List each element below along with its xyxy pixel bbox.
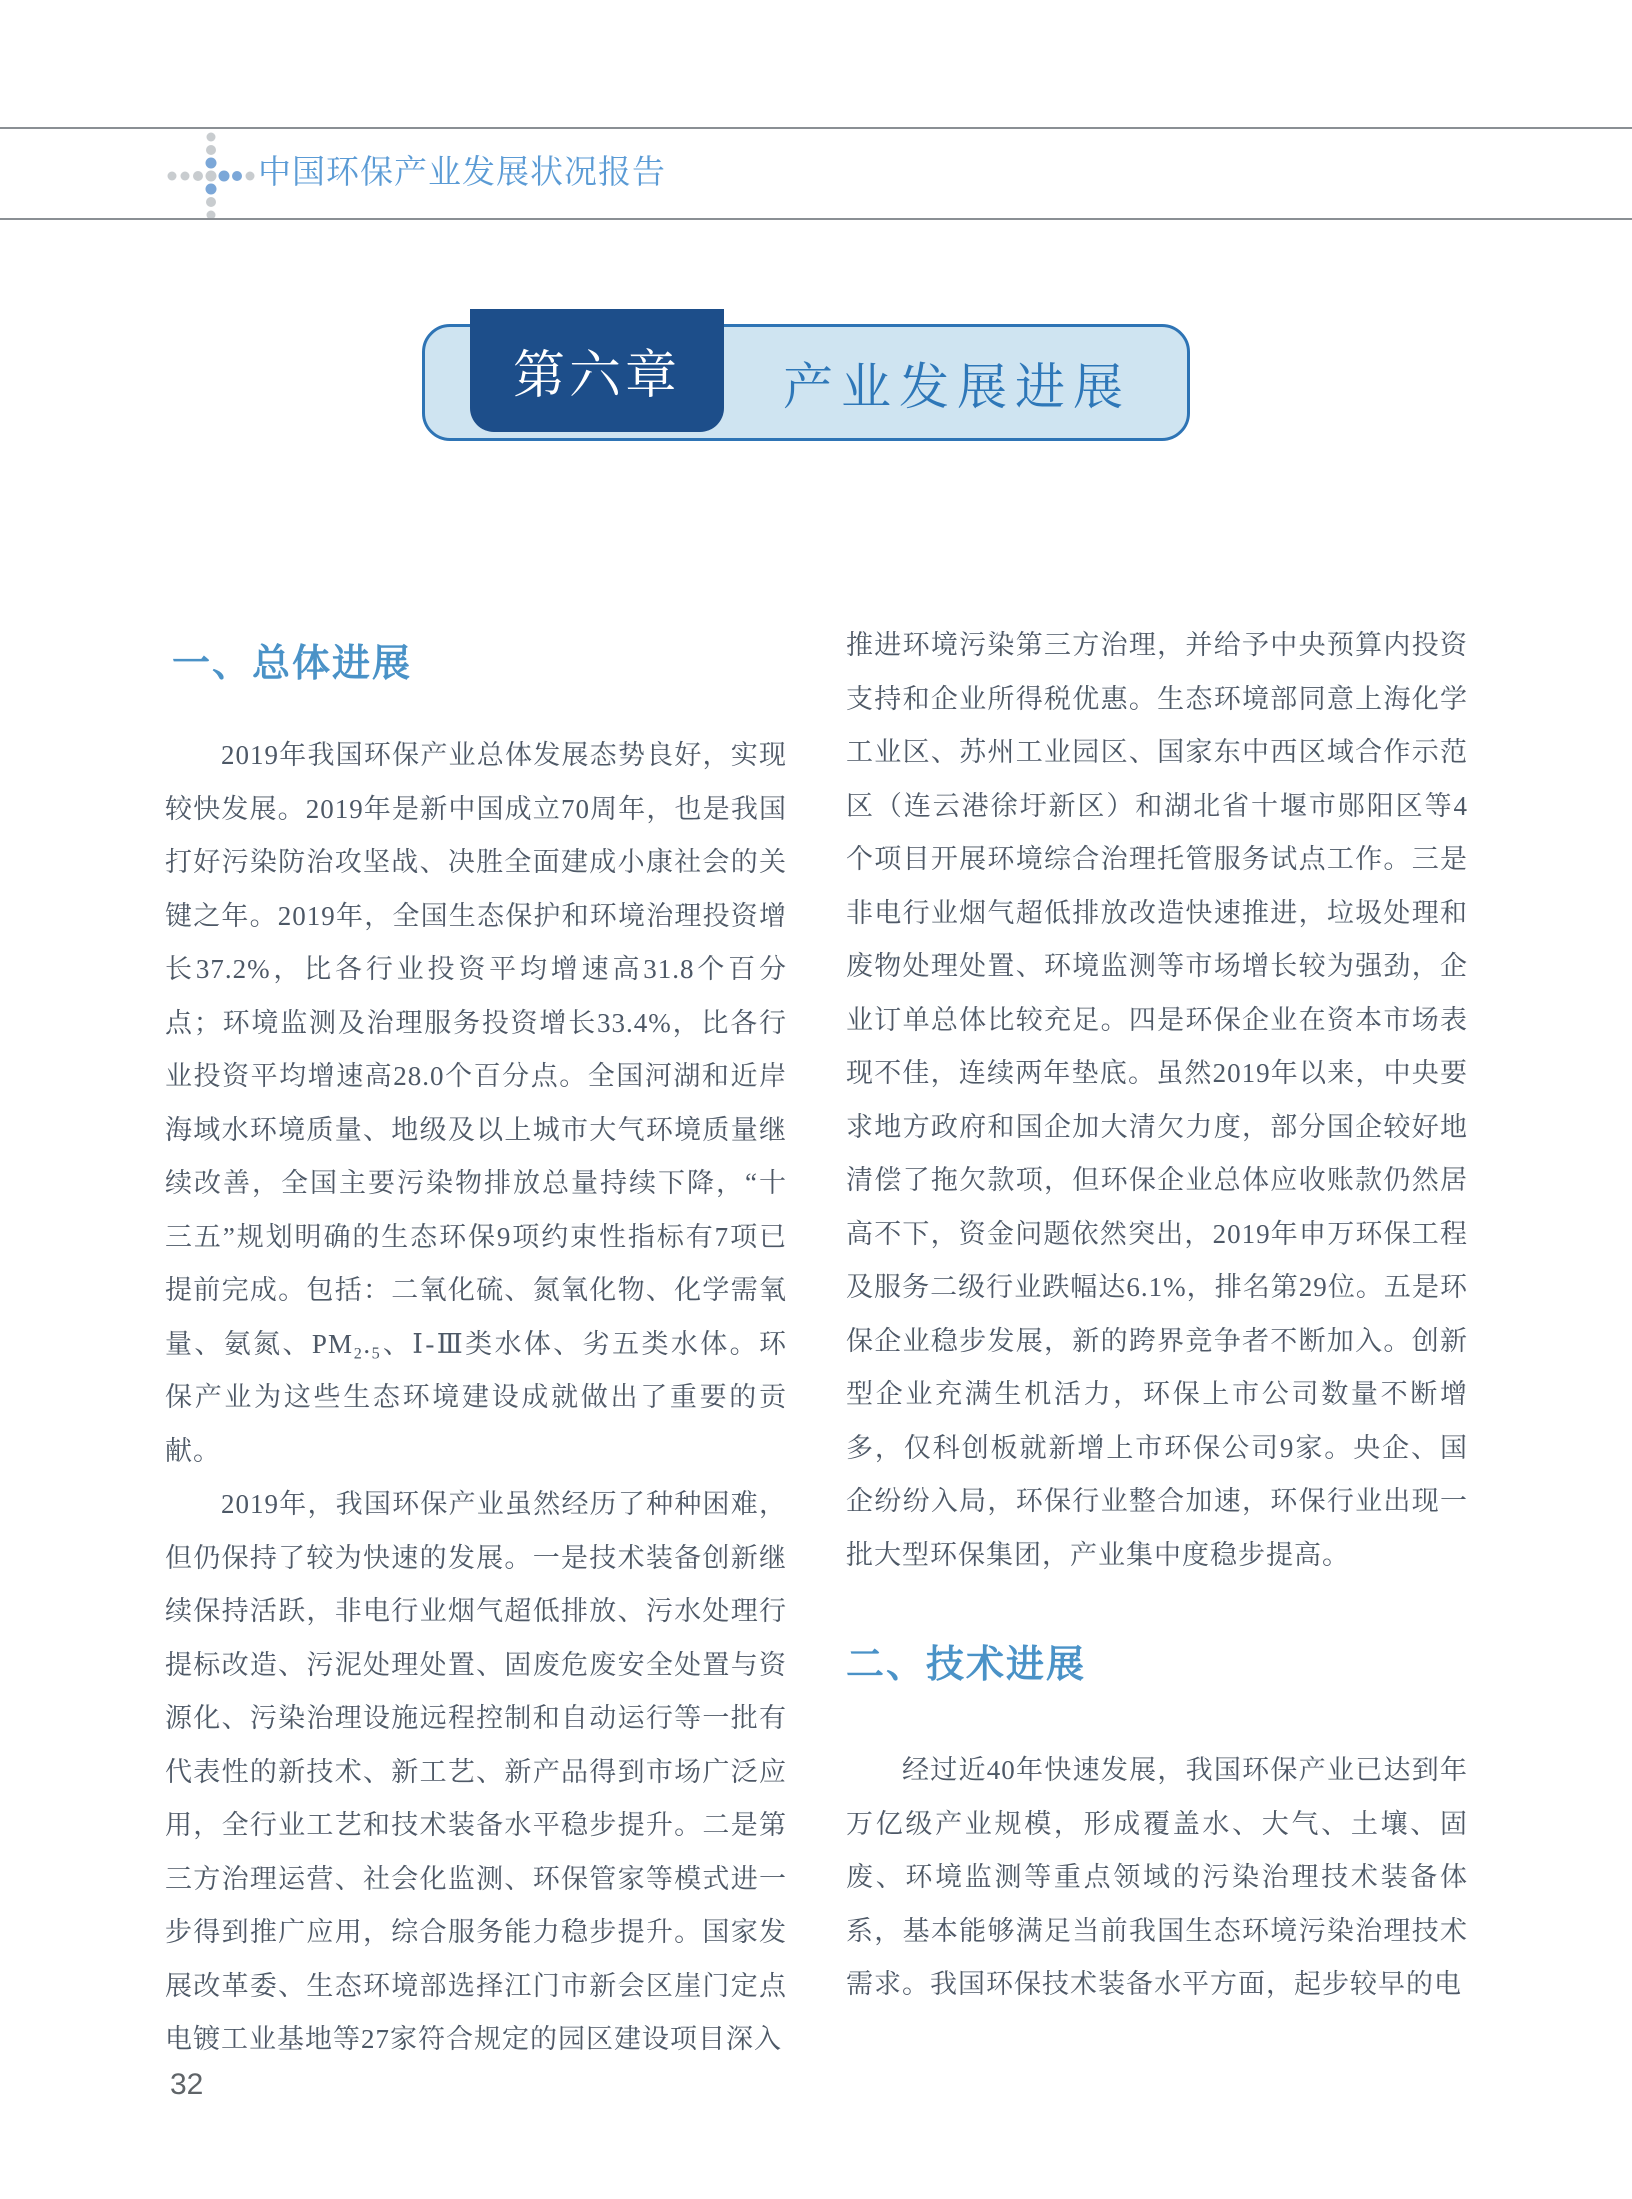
chapter-number-label: 第六章 xyxy=(513,333,681,408)
chapter-number-box: 第六章 xyxy=(470,309,724,432)
section-heading-overall-progress: 一、总体进展 xyxy=(172,632,412,687)
left-text-column: 2019年我国环保产业总体发展态势良好，实现较快发展。2019年是新中国成立70… xyxy=(165,729,787,2067)
paragraph: 经过近40年快速发展，我国环保产业已达到年万亿级产业规模，形成覆盖水、大气、土壤… xyxy=(846,1744,1468,2012)
page-number: 32 xyxy=(170,2068,203,2102)
right-text-column-last: 经过近40年快速发展，我国环保产业已达到年万亿级产业规模，形成覆盖水、大气、土壤… xyxy=(846,1744,1468,2012)
right-text-column-continuation: 推进环境污染第三方治理，并给予中央预算内投资支持和企业所得税优惠。生态环境部同意… xyxy=(846,619,1468,1582)
dots-cross-logo-icon xyxy=(160,128,270,228)
header-bottom-rule xyxy=(0,218,1632,220)
paragraph: 推进环境污染第三方治理，并给予中央预算内投资支持和企业所得税优惠。生态环境部同意… xyxy=(846,619,1468,1582)
chapter-title: 产业发展进展 xyxy=(724,324,1190,441)
section-heading-technical-progress: 二、技术进展 xyxy=(846,1633,1086,1688)
report-title: 中国环保产业发展状况报告 xyxy=(258,150,678,194)
paragraph: 2019年我国环保产业总体发展态势良好，实现较快发展。2019年是新中国成立70… xyxy=(165,729,787,1478)
report-page: 中国环保产业发展状况报告 第六章 产业发展进展 一、总体进展 2019年我国环保… xyxy=(0,0,1632,2199)
chapter-banner: 第六章 产业发展进展 xyxy=(422,309,1196,447)
paragraph: 2019年，我国环保产业虽然经历了种种困难，但仍保持了较为快速的发展。一是技术装… xyxy=(165,1478,787,2067)
